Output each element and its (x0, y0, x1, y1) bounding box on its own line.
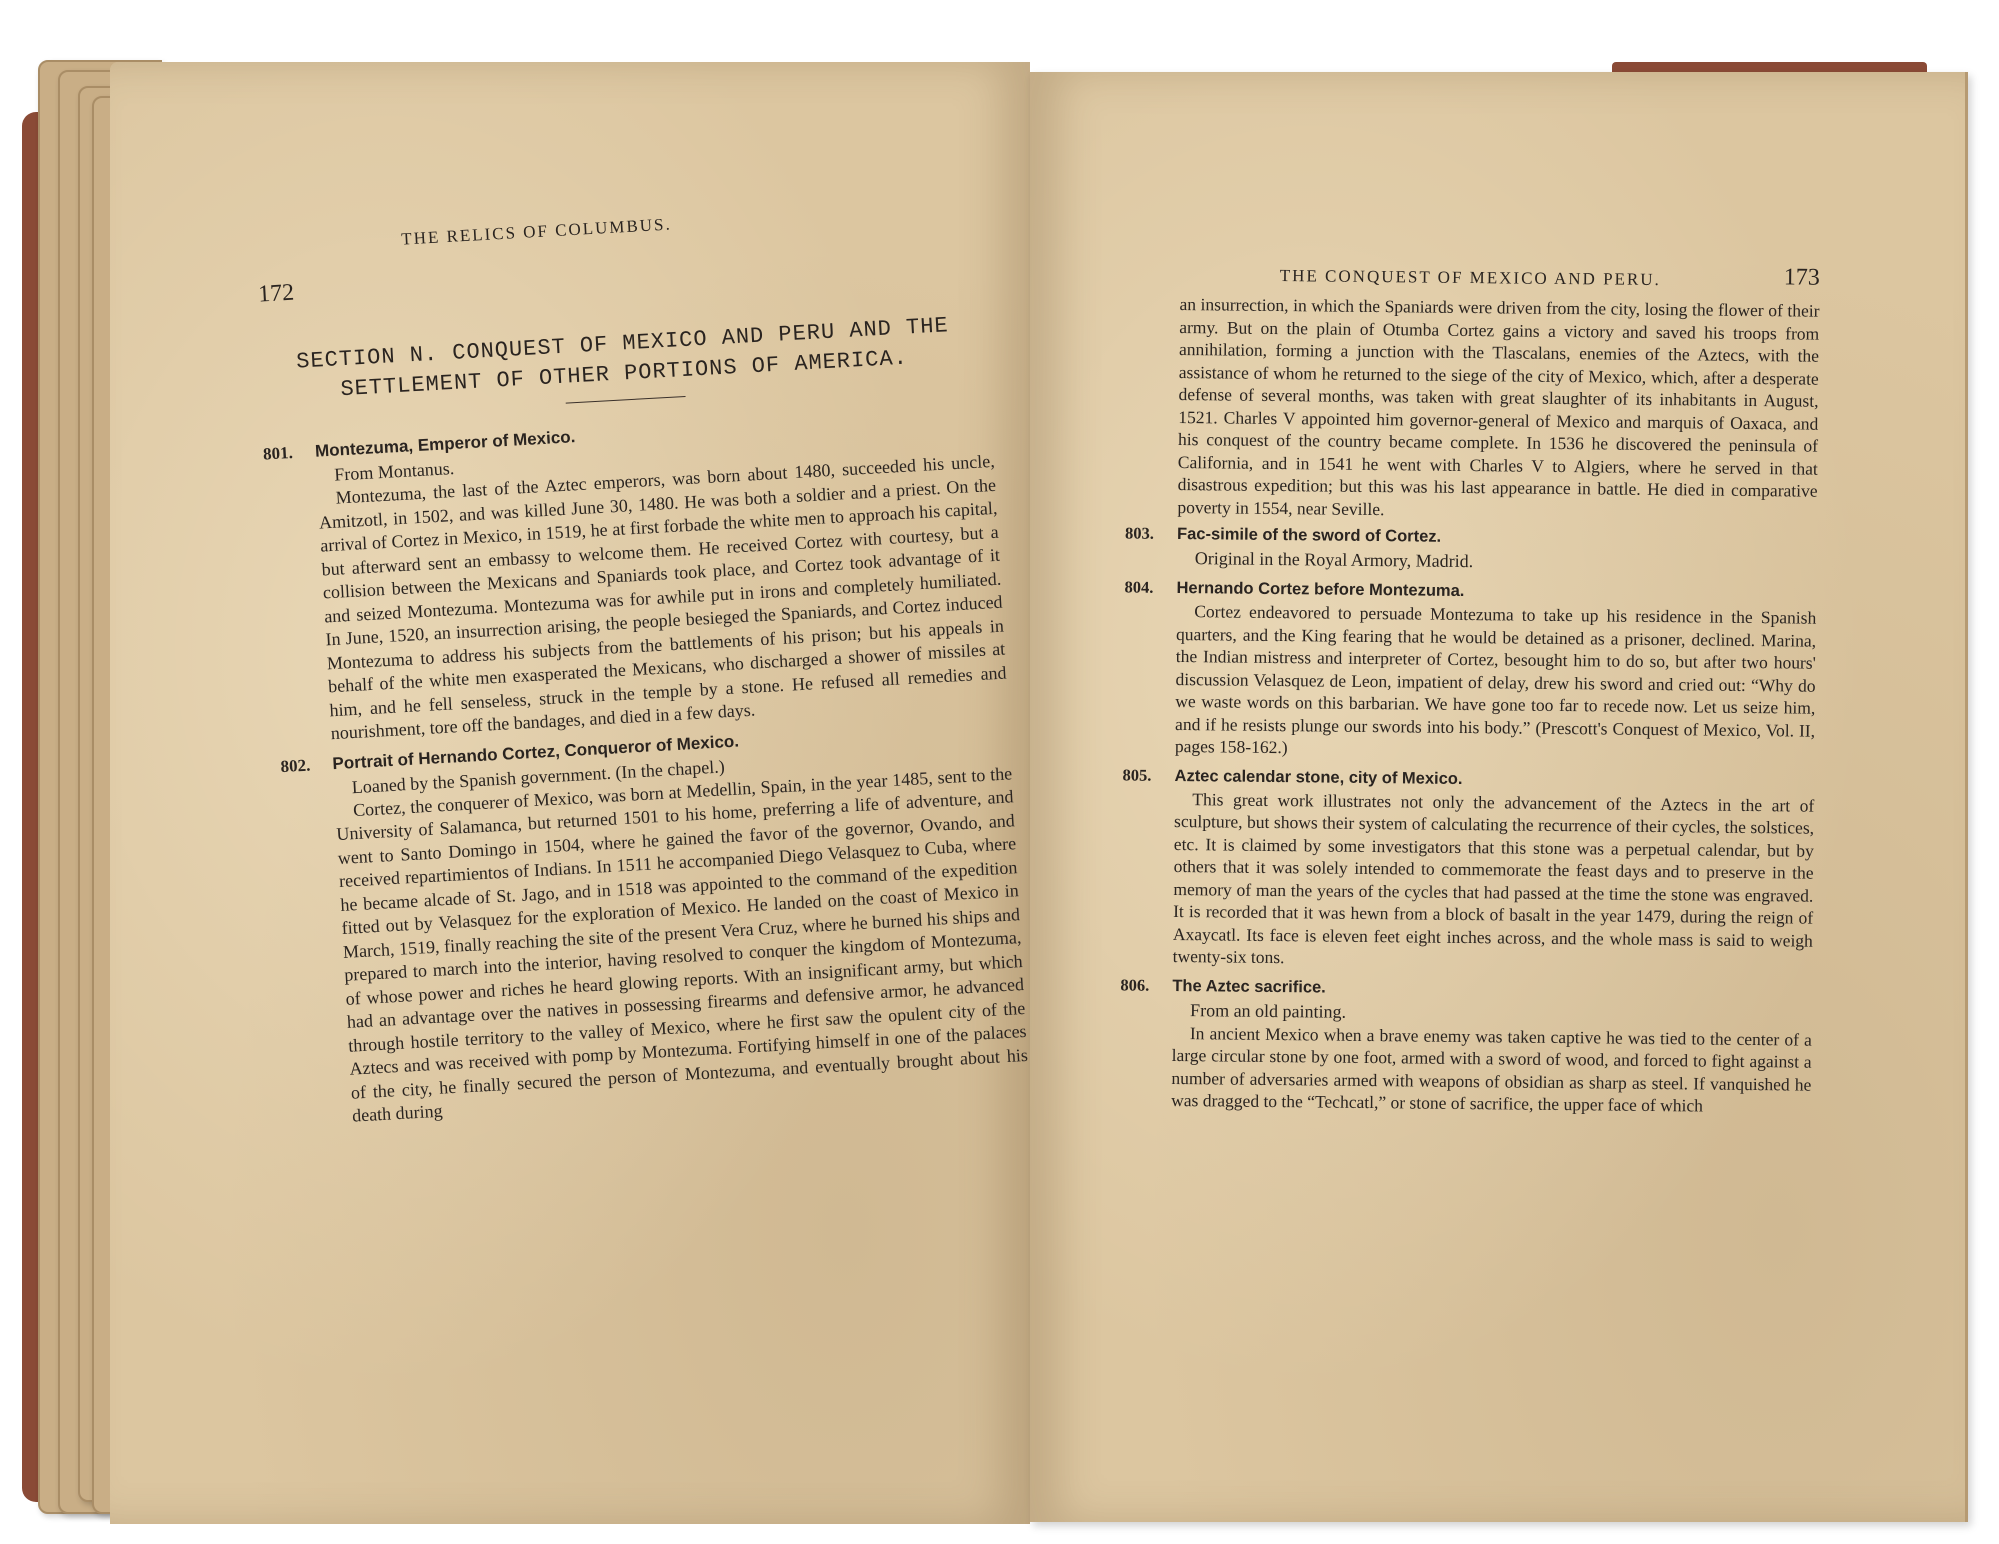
running-head: THE CONQUEST OF MEXICO AND PERU. (1280, 266, 1661, 290)
catalog-entry: 806. The Aztec sacrifice. From an old pa… (1171, 973, 1812, 1118)
entry-number: 805. (1122, 763, 1174, 788)
entry-body: In ancient Mexico when a brave enemy was… (1171, 1021, 1812, 1118)
entry-body: Cortez endeavored to persuade Montezuma … (1175, 600, 1817, 764)
entry-body: This great work illustrates not only the… (1173, 787, 1815, 974)
left-page-content: 172 THE RELICS OF COLUMBUS. SECTION N. C… (250, 179, 1030, 1137)
entry-number: 801. (262, 440, 315, 467)
catalog-entry: 804. Hernando Cortez before Montezuma. C… (1175, 576, 1817, 764)
section-title: SECTION N. CONQUEST OF MEXICO AND PERU A… (257, 309, 989, 410)
catalog-entry: 802. Portrait of Hernando Cortez, Conque… (280, 714, 1030, 1131)
continued-text: an insurrection, in which the Spaniards … (1177, 293, 1819, 525)
catalog-entry: 801. Montezuma, Emperor of Mexico. From … (262, 402, 1008, 749)
running-head: THE RELICS OF COLUMBUS. (401, 214, 673, 249)
title-divider (566, 396, 686, 404)
catalog-entry: 803. Fac-simile of the sword of Cortez. … (1177, 522, 1817, 577)
entry-number: 806. (1120, 973, 1172, 998)
entry-number: 803. (1125, 521, 1177, 546)
entry-title: Fac-simile of the sword of Cortez. (1177, 522, 1441, 549)
page-number: 172 (257, 280, 294, 309)
entry-body: Cortez, the conquerer of Mexico, was bor… (334, 762, 1029, 1128)
right-page-content: THE CONQUEST OF MEXICO AND PERU. 173 an … (1171, 258, 1820, 1124)
entry-number: 802. (280, 752, 333, 779)
entry-title: Aztec calendar stone, city of Mexico. (1174, 763, 1462, 790)
page-number: 173 (1784, 264, 1820, 291)
entry-title: Hernando Cortez before Montezuma. (1176, 576, 1464, 603)
catalog-entry: 805. Aztec calendar stone, city of Mexic… (1173, 763, 1815, 974)
entry-title: The Aztec sacrifice. (1172, 973, 1326, 999)
entry-body: Montezuma, the last of the Aztec emperor… (317, 450, 1008, 746)
entry-number: 804. (1124, 575, 1176, 600)
